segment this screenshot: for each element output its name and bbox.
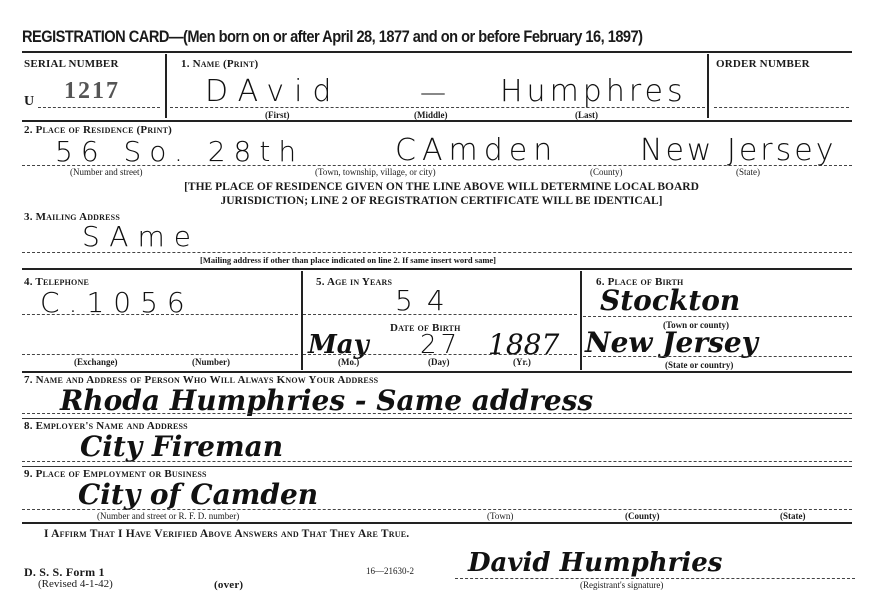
- age-value[interactable]: 54: [395, 284, 459, 317]
- divider: [22, 120, 852, 122]
- mailing-value[interactable]: SAme: [82, 220, 200, 253]
- employment-street-caption: (Number and street or R. F. D. number): [97, 511, 239, 521]
- signature-line: [455, 578, 855, 579]
- birthplace-state[interactable]: New Jersey: [585, 326, 758, 359]
- telephone-line: [22, 314, 298, 315]
- residence-street[interactable]: 56 So. 28th: [55, 135, 304, 168]
- employment-county-caption: (County): [625, 511, 660, 521]
- employment-value[interactable]: City of Camden: [78, 478, 318, 511]
- divider: [707, 54, 709, 118]
- divider: [22, 466, 852, 467]
- divider: [22, 418, 852, 419]
- serial-prefix: U: [24, 94, 34, 110]
- residence-town-caption: (Town, township, village, or city): [315, 167, 436, 177]
- divider: [22, 51, 852, 53]
- residence-street-caption: (Number and street): [70, 167, 142, 177]
- telephone-line-2: [22, 354, 298, 355]
- dob-month[interactable]: May: [308, 330, 369, 360]
- divider: [22, 522, 852, 524]
- print-code: 16—21630-2: [366, 566, 414, 576]
- telephone-exchange-caption: (Exchange): [74, 357, 118, 367]
- birthplace-state-caption: (State or country): [665, 360, 733, 370]
- birthplace-town-line: [583, 316, 852, 317]
- dob-day[interactable]: 27: [420, 330, 461, 360]
- divider: [22, 371, 852, 373]
- card-title: REGISTRATION CARD—(Men born on or after …: [22, 27, 643, 47]
- order-label: ORDER NUMBER: [716, 58, 810, 70]
- name-first[interactable]: DAvid: [205, 74, 341, 109]
- employer-value[interactable]: City Fireman: [80, 430, 283, 463]
- telephone-number-caption: (Number): [192, 357, 230, 367]
- registrant-signature[interactable]: David Humphries: [468, 548, 722, 578]
- name-last-caption: (Last): [575, 110, 598, 120]
- divider: [580, 271, 582, 370]
- birthplace-town[interactable]: Stockton: [600, 284, 740, 317]
- name-middle[interactable]: —: [420, 78, 456, 108]
- residence-state[interactable]: New Jersey: [640, 133, 836, 168]
- name-label: 1. Name (Print): [181, 58, 258, 70]
- dob-month-caption: (Mo.): [338, 357, 359, 367]
- employment-state-caption: (State): [780, 511, 806, 521]
- signature-caption: (Registrant's signature): [580, 580, 663, 590]
- jurisdiction-notice-2: JURISDICTION; LINE 2 OF REGISTRATION CER…: [0, 194, 883, 208]
- jurisdiction-notice-1: [THE PLACE OF RESIDENCE GIVEN ON THE LIN…: [0, 180, 883, 194]
- divider: [22, 268, 852, 270]
- dob-year-caption: (Yr.): [513, 357, 531, 367]
- dob-day-caption: (Day): [428, 357, 450, 367]
- name-middle-caption: (Middle): [414, 110, 448, 120]
- serial-line: [38, 107, 160, 108]
- mailing-note: [Mailing address if other than place ind…: [200, 255, 496, 265]
- contact-line: [22, 413, 852, 414]
- birthplace-state-line: [583, 356, 852, 357]
- serial-label: SERIAL NUMBER: [24, 58, 119, 70]
- over-note: (over): [214, 579, 243, 591]
- serial-number[interactable]: 1217: [64, 78, 120, 105]
- residence-town[interactable]: CAmden: [395, 133, 558, 168]
- age-line: [303, 314, 577, 315]
- employment-town-caption: (Town): [487, 511, 513, 521]
- residence-county-caption: (County): [590, 167, 623, 177]
- employer-line: [22, 461, 852, 462]
- name-first-caption: (First): [265, 110, 290, 120]
- divider: [165, 54, 167, 118]
- form-revised: (Revised 4-1-42): [38, 578, 113, 590]
- affirmation: I Affirm That I Have Verified Above Answ…: [44, 528, 409, 540]
- divider: [301, 271, 303, 370]
- age-label: 5. Age in Years: [316, 276, 392, 288]
- dob-line: [303, 354, 577, 355]
- residence-state-caption: (State): [736, 167, 760, 177]
- order-line[interactable]: [714, 107, 849, 108]
- name-last[interactable]: Humphres: [500, 74, 687, 109]
- employment-line: [22, 509, 852, 510]
